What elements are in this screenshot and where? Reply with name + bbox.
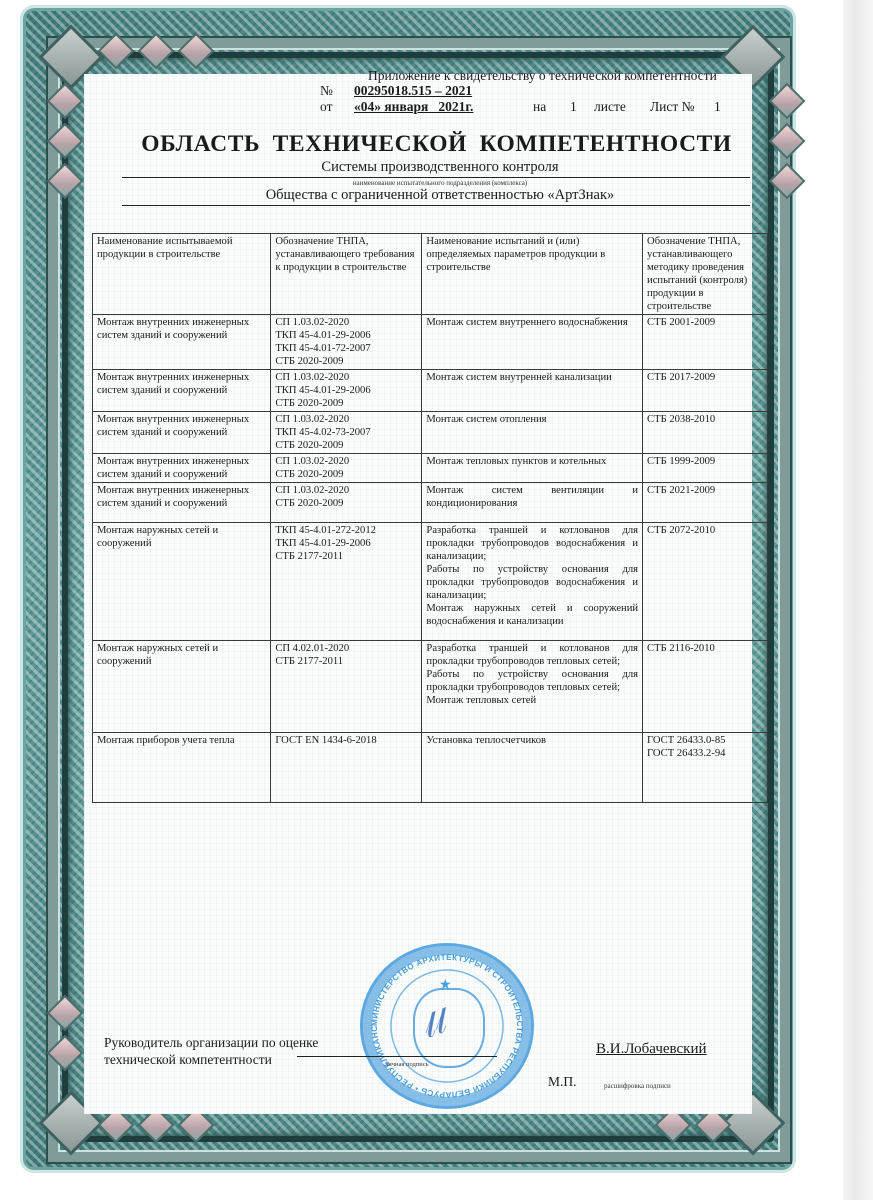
cell-tests: Монтаж систем отопления <box>422 412 643 454</box>
cell-requirements-line: ТКП 45-4.02-73-2007 <box>275 426 417 439</box>
organization-underline <box>122 205 750 206</box>
cell-product: Монтаж внутренних инженерных систем здан… <box>93 412 271 454</box>
cell-tests-line: Монтаж систем внутренней канализации <box>426 371 638 384</box>
cell-requirements-line: СП 4.02.01-2020 <box>275 642 417 655</box>
cell-tests-line: Монтаж систем вентиляции и кондициониров… <box>426 484 638 510</box>
sheets-suffix: листе <box>594 99 626 115</box>
table-row: Монтаж приборов учета теплаГОСТ EN 1434-… <box>93 733 768 803</box>
cell-tests: Установка теплосчетчиков <box>422 733 643 803</box>
cell-methods-line: СТБ 1999-2009 <box>647 455 763 468</box>
cell-requirements-line: СТБ 2020-2009 <box>275 497 417 510</box>
cell-tests-line: Разработка траншей и котлованов для прок… <box>426 642 638 668</box>
cell-requirements: СП 1.03.02-2020ТКП 45-4.01-29-2006СТБ 20… <box>271 370 422 412</box>
cell-tests-line: Монтаж систем отопления <box>426 413 638 426</box>
cell-methods-line: СТБ 2072-2010 <box>647 524 763 537</box>
cell-requirements-line: СТБ 2020-2009 <box>275 355 417 368</box>
header-requirements: Обозначение ТНПА, устанавливающего требо… <box>271 234 422 315</box>
cell-product: Монтаж внутренних инженерных систем здан… <box>93 454 271 483</box>
cell-tests-line: Установка теплосчетчиков <box>426 734 638 747</box>
table-row: Монтаж внутренних инженерных систем здан… <box>93 315 768 370</box>
page-edge-shade <box>843 0 873 1200</box>
certificate-date: «04» января 2021г. <box>354 99 473 115</box>
table-header-row: Наименование испытываемой продукции в ст… <box>93 234 768 315</box>
cell-product: Монтаж внутренних инженерных систем здан… <box>93 370 271 412</box>
cell-product: Монтаж приборов учета тепла <box>93 733 271 803</box>
cell-methods-line: СТБ 2001-2009 <box>647 316 763 329</box>
cell-tests-line: Работы по устройству основания для прокл… <box>426 563 638 602</box>
cell-tests-line: Работы по устройству основания для прокл… <box>426 668 638 694</box>
scope-table: Наименование испытываемой продукции в ст… <box>92 233 768 803</box>
cell-requirements-line: СП 1.03.02-2020 <box>275 371 417 384</box>
cell-requirements-line: СП 1.03.02-2020 <box>275 455 417 468</box>
cell-methods: СТБ 2001-2009 <box>643 315 768 370</box>
cell-methods: СТБ 2072-2010 <box>643 523 768 641</box>
header-product: Наименование испытываемой продукции в ст… <box>93 234 271 315</box>
cell-requirements-line: СП 1.03.02-2020 <box>275 316 417 329</box>
cell-requirements: СП 1.03.02-2020ТКП 45-4.02-73-2007СТБ 20… <box>271 412 422 454</box>
cell-methods-line: СТБ 2017-2009 <box>647 371 763 384</box>
cell-tests-line: Монтаж тепловых пунктов и котельных <box>426 455 638 468</box>
table-row: Монтаж наружных сетей и сооруженийСП 4.0… <box>93 641 768 733</box>
cell-tests: Монтаж систем внутренней канализации <box>422 370 643 412</box>
seal-label: М.П. <box>548 1074 577 1090</box>
cell-requirements-line: СТБ 2177-2011 <box>275 550 417 563</box>
cell-requirements-line: ТКП 45-4.01-72-2007 <box>275 342 417 355</box>
signer-name: В.И.Лобачевский <box>596 1041 707 1058</box>
cell-requirements-line: ТКП 45-4.01-29-2006 <box>275 537 417 550</box>
cell-tests: Монтаж систем внутреннего водоснабжения <box>422 315 643 370</box>
cell-requirements-line: ТКП 45-4.01-29-2006 <box>275 384 417 397</box>
page-title: ОБЛАСТЬ ТЕХНИЧЕСКОЙ КОМПЕТЕНТНОСТИ <box>0 131 873 158</box>
sheet-number-label: Лист № <box>650 99 695 115</box>
cell-methods-line: ГОСТ 26433.0-85 <box>647 734 763 747</box>
header-tests: Наименование испытаний и (или) определяе… <box>422 234 643 315</box>
table-row: Монтаж внутренних инженерных систем здан… <box>93 412 768 454</box>
division-underline <box>122 177 750 178</box>
signer-role-line1: Руководитель организации по оценке <box>104 1034 318 1051</box>
cell-methods: СТБ 2017-2009 <box>643 370 768 412</box>
table-row: Монтаж наружных сетей и сооруженийТКП 45… <box>93 523 768 641</box>
signer-role: Руководитель организации по оценке техни… <box>104 1034 318 1068</box>
table-row: Монтаж внутренних инженерных систем здан… <box>93 370 768 412</box>
cell-methods: СТБ 2116-2010 <box>643 641 768 733</box>
cell-product: Монтаж внутренних инженерных систем здан… <box>93 483 271 523</box>
cell-tests-line: Разработка траншей и котлованов для прок… <box>426 524 638 563</box>
division-caption: наименование испытательного подразделени… <box>120 179 760 187</box>
cell-requirements: СП 1.03.02-2020СТБ 2020-2009 <box>271 454 422 483</box>
certificate-number: 00295018.515 – 2021 <box>354 83 472 99</box>
cell-requirements-line: СП 1.03.02-2020 <box>275 484 417 497</box>
cell-requirements: ТКП 45-4.01-272-2012ТКП 45-4.01-29-2006С… <box>271 523 422 641</box>
official-stamp: МИНИСТЕРСТВО АРХИТЕКТУРЫ И СТРОИТЕЛЬСТВА… <box>360 943 534 1109</box>
cell-tests: Монтаж систем вентиляции и кондициониров… <box>422 483 643 523</box>
cell-methods: СТБ 2038-2010 <box>643 412 768 454</box>
cell-requirements: СП 4.02.01-2020СТБ 2177-2011 <box>271 641 422 733</box>
cell-methods-line: СТБ 2038-2010 <box>647 413 763 426</box>
cell-methods-line: ГОСТ 26433.2-94 <box>647 747 763 760</box>
cell-requirements: СП 1.03.02-2020ТКП 45-4.01-29-2006ТКП 45… <box>271 315 422 370</box>
cell-requirements-line: СП 1.03.02-2020 <box>275 413 417 426</box>
signer-role-line2: технической компетентности <box>104 1051 318 1068</box>
cell-requirements-line: СТБ 2020-2009 <box>275 397 417 410</box>
cell-methods: СТБ 1999-2009 <box>643 454 768 483</box>
appendix-title: Приложение к свидетельству о технической… <box>368 68 717 84</box>
cell-tests-line: Монтаж тепловых сетей <box>426 694 638 707</box>
cell-requirements-line: ГОСТ EN 1434-6-2018 <box>275 734 417 747</box>
cell-methods-line: СТБ 2116-2010 <box>647 642 763 655</box>
sheet-number-value: 1 <box>714 99 721 115</box>
cell-requirements-line: ТКП 45-4.01-272-2012 <box>275 524 417 537</box>
cell-requirements-line: СТБ 2020-2009 <box>275 439 417 452</box>
sheets-prefix: на <box>533 99 546 115</box>
cell-requirements-line: СТБ 2177-2011 <box>275 655 417 668</box>
signer-name-caption: расшифровка подписи <box>604 1082 671 1090</box>
cell-tests-line: Монтаж наружных сетей и сооружений водос… <box>426 602 638 628</box>
table-row: Монтаж внутренних инженерных систем здан… <box>93 454 768 483</box>
table-row: Монтаж внутренних инженерных систем здан… <box>93 483 768 523</box>
cell-tests: Монтаж тепловых пунктов и котельных <box>422 454 643 483</box>
signature-line <box>297 1056 497 1057</box>
cell-methods-line: СТБ 2021-2009 <box>647 484 763 497</box>
number-label: № <box>320 83 333 99</box>
cell-requirements-line: ТКП 45-4.01-29-2006 <box>275 329 417 342</box>
cell-requirements: ГОСТ EN 1434-6-2018 <box>271 733 422 803</box>
cell-tests-line: Монтаж систем внутреннего водоснабжения <box>426 316 638 329</box>
cell-requirements-line: СТБ 2020-2009 <box>275 468 417 481</box>
header-methods: Обозначение ТНПА, устанавливающего метод… <box>643 234 768 315</box>
cell-methods: СТБ 2021-2009 <box>643 483 768 523</box>
cell-product: Монтаж внутренних инженерных систем здан… <box>93 315 271 370</box>
cell-tests: Разработка траншей и котлованов для прок… <box>422 523 643 641</box>
cell-requirements: СП 1.03.02-2020СТБ 2020-2009 <box>271 483 422 523</box>
sheets-count: 1 <box>570 99 577 115</box>
cell-methods: ГОСТ 26433.0-85ГОСТ 26433.2-94 <box>643 733 768 803</box>
organization-name: Общества с ограниченной ответственностью… <box>120 187 760 204</box>
date-prefix: от <box>320 99 332 115</box>
cell-product: Монтаж наружных сетей и сооружений <box>93 641 271 733</box>
signature-caption: личная подпись <box>385 1061 429 1068</box>
division-name: Системы производственного контроля <box>120 159 760 176</box>
cell-tests: Разработка траншей и котлованов для прок… <box>422 641 643 733</box>
cell-product: Монтаж наружных сетей и сооружений <box>93 523 271 641</box>
